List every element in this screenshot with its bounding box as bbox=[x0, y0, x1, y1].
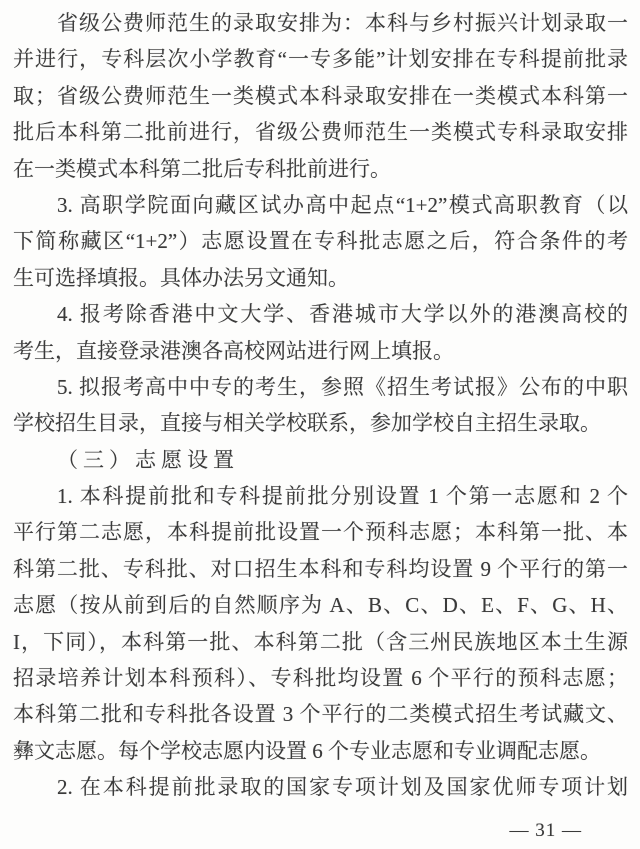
page-number: — 31 — bbox=[510, 820, 583, 842]
text-line: 在一类模式本科第二批后专科批前进行。 bbox=[13, 151, 628, 187]
text-line: 取；省级公费师范生一类模式本科录取安排在一类模式本科第一 bbox=[13, 78, 628, 114]
document-text-block: 省级公费师范生的录取安排为：本科与乡村振兴计划录取一 并进行，专科层次小学教育“… bbox=[13, 5, 628, 806]
text-line: 并进行，专科层次小学教育“一专多能”计划安排在专科提前批录 bbox=[13, 41, 628, 77]
document-page: 省级公费师范生的录取安排为：本科与乡村振兴计划录取一 并进行，专科层次小学教育“… bbox=[0, 0, 640, 849]
text-line: 学校招生目录，直接与相关学校联系，参加学校自主招生录取。 bbox=[13, 405, 628, 441]
text-line: 科第二批、专科批、对口招生本科和专科均设置 9 个平行的第一 bbox=[13, 551, 628, 587]
text-line: I，下同），本科第一批、本科第二批（含三州民族地区本土生源 bbox=[13, 624, 628, 660]
text-line: 省级公费师范生的录取安排为：本科与乡村振兴计划录取一 bbox=[13, 5, 628, 41]
text-line: 本科第二批和专科批各设置 3 个平行的二类模式招生考试藏文、 bbox=[13, 696, 628, 732]
text-line: 批后本科第二批前进行，省级公费师范生一类模式专科录取安排 bbox=[13, 114, 628, 150]
text-line: 4. 报考除香港中文大学、香港城市大学以外的港澳高校的 bbox=[13, 296, 628, 332]
text-line: 彝文志愿。每个学校志愿内设置 6 个专业志愿和专业调配志愿。 bbox=[13, 733, 628, 769]
text-line: 志愿（按从前到后的自然顺序为 A、B、C、D、E、F、G、H、 bbox=[13, 587, 628, 623]
section-heading: （三）志愿设置 bbox=[13, 442, 628, 478]
text-line: 3. 高职学院面向藏区试办高中起点“1+2”模式高职教育（以 bbox=[13, 187, 628, 223]
text-line: 5. 拟报考高中中专的考生，参照《招生考试报》公布的中职 bbox=[13, 369, 628, 405]
text-line: 1. 本科提前批和专科提前批分别设置 1 个第一志愿和 2 个 bbox=[13, 478, 628, 514]
text-line: 平行第二志愿，本科提前批设置一个预科志愿；本科第一批、本 bbox=[13, 514, 628, 550]
text-line: 招录培养计划本科预科）、专科批均设置 6 个平行的预科志愿； bbox=[13, 660, 628, 696]
text-line: 2. 在本科提前批录取的国家专项计划及国家优师专项计划 bbox=[13, 769, 628, 805]
text-line: 下简称藏区“1+2”）志愿设置在专科批志愿之后，符合条件的考 bbox=[13, 223, 628, 259]
text-line: 考生，直接登录港澳各高校网站进行网上填报。 bbox=[13, 333, 628, 369]
text-line: 生可选择填报。具体办法另文通知。 bbox=[13, 260, 628, 296]
